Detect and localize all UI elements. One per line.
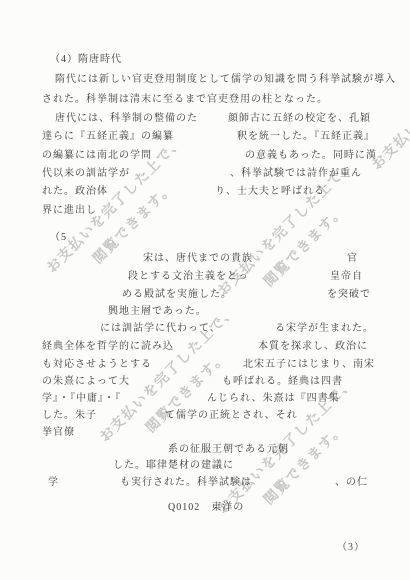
text-segment: 代以来の訓詁学が bbox=[42, 164, 130, 179]
text-segment: 、科挙試験では詩作が重ん bbox=[230, 164, 362, 179]
footer-label: Q0102 東洋の bbox=[168, 498, 244, 513]
text-segment: した。耶律楚材の建議に bbox=[113, 456, 234, 471]
text-segment: 挙官僚 bbox=[42, 423, 75, 438]
text-line: には訓詁学に代わって、る宋学が生まれた。 bbox=[0, 319, 410, 333]
text-segment: 釈を統一した。『五経正義』 bbox=[237, 127, 375, 142]
text-line: れた。政治体り、士大夫と呼ばれる bbox=[0, 182, 410, 196]
text-line: された。科挙制は清末に至るまで官吏登用の柱となった。 bbox=[0, 90, 410, 104]
text-line: 系の征服王朝である元朝 bbox=[0, 440, 410, 454]
text-segment: 皇帝自 bbox=[330, 267, 363, 282]
text-segment: （4）隋唐時代 bbox=[50, 50, 122, 65]
text-segment: 顔師古に五経の校定を、孔穎 bbox=[228, 109, 371, 124]
page-number: （3） bbox=[337, 538, 365, 553]
text-segment: された。科挙制は清末に至るまで官吏登用の柱となった。 bbox=[42, 90, 328, 105]
text-line: 経典全体を哲学的に読み込本質を探求し、政治に bbox=[0, 337, 410, 351]
text-segment: 学 bbox=[48, 473, 59, 488]
text-segment: る宋学が生まれた。 bbox=[275, 319, 374, 334]
text-segment: を突破で bbox=[327, 285, 371, 300]
text-segment: も呼ばれる。経典は四書 bbox=[222, 372, 343, 387]
text-line: 挙官僚 bbox=[0, 423, 410, 437]
text-line: 段とする文治主義をとっ皇帝自 bbox=[0, 267, 410, 281]
text-segment: 、の仁 bbox=[335, 473, 368, 488]
text-line: 学』・『中庸』・『んじられ、朱熹は『四書集 bbox=[0, 389, 410, 403]
text-segment: 宋は、唐代までの貴族 bbox=[143, 249, 253, 264]
text-segment: れた。政治体 bbox=[42, 182, 108, 197]
text-segment: （5 bbox=[50, 228, 67, 243]
text-line: 興地主層であった。 bbox=[0, 302, 410, 316]
text-line: の編纂には南北の学問の意義もあった。同時に漢 bbox=[0, 146, 410, 160]
text-segment: には訓詁学に代わって、 bbox=[100, 319, 221, 334]
text-line: める殿試を実施した。を突破で bbox=[0, 285, 410, 299]
text-segment: 系の征服王朝である元朝 bbox=[168, 440, 289, 455]
text-segment: 隋代には新しい官吏登用制度として儒学の知識を問う科挙試験が導入 bbox=[55, 70, 396, 85]
text-segment: も対応させようとする bbox=[42, 355, 152, 370]
text-segment: て儒学の正統とされ、それ bbox=[165, 406, 298, 421]
text-segment: の編纂には南北の学問 bbox=[42, 146, 152, 161]
text-segment: 唐代には、科挙制の整備のた bbox=[55, 109, 198, 124]
text-segment: 学』・『中庸』・『 bbox=[42, 389, 121, 404]
text-line: 達らに『五経正義』の編纂釈を統一した。『五経正義』 bbox=[0, 127, 410, 141]
page: お支払いを完了した上で、閲覧できます。お支払いを完了した上で、閲覧できます。お支… bbox=[0, 0, 410, 580]
text-line: 界に進出し bbox=[0, 201, 410, 215]
text-segment: り、士大夫と呼ばれる bbox=[215, 182, 325, 197]
text-segment: 経典全体を哲学的に読み込 bbox=[42, 337, 174, 352]
text-line: 唐代には、科挙制の整備のた顔師古に五経の校定を、孔穎 bbox=[0, 109, 410, 123]
text-line: した。朱子て儒学の正統とされ、それ bbox=[0, 406, 410, 420]
text-line: 宋は、唐代までの貴族官 bbox=[0, 249, 410, 263]
text-line: の朱熹によって大も呼ばれる。経典は四書 bbox=[0, 372, 410, 386]
section-heading-5: （5 bbox=[0, 228, 410, 242]
text-segment: 北宋五子にはじまり、南宋 bbox=[243, 355, 375, 370]
text-segment: 段とする文治主義をとっ bbox=[128, 267, 249, 282]
text-line: 隋代には新しい官吏登用制度として儒学の知識を問う科挙試験が導入 bbox=[0, 70, 410, 84]
text-segment: 界に進出し bbox=[42, 201, 97, 216]
text-line: 学も実行された。科挙試験は、の仁 bbox=[0, 473, 410, 487]
section-heading-4: （4）隋唐時代 bbox=[0, 50, 410, 64]
text-segment: める殿試を実施した。 bbox=[122, 285, 232, 300]
text-segment: 興地主層であった。 bbox=[108, 302, 207, 317]
text-segment: の意義もあった。同時に漢 bbox=[245, 146, 377, 161]
text-segment: んじられ、朱熹は『四書集 bbox=[207, 389, 340, 404]
text-line: した。耶律楚材の建議に bbox=[0, 456, 410, 470]
text-segment: 達らに『五経正義』の編纂 bbox=[42, 127, 174, 142]
text-segment: 本質を探求し、政治に bbox=[258, 337, 368, 352]
text-segment: 官 bbox=[347, 249, 358, 264]
text-line: 代以来の訓詁学が、科挙試験では詩作が重ん bbox=[0, 164, 410, 178]
text-segment: した。朱子 bbox=[42, 406, 97, 421]
text-segment: も実行された。科挙試験は bbox=[120, 473, 252, 488]
text-segment: の朱熹によって大 bbox=[42, 372, 130, 387]
text-line: も対応させようとする北宋五子にはじまり、南宋 bbox=[0, 355, 410, 369]
